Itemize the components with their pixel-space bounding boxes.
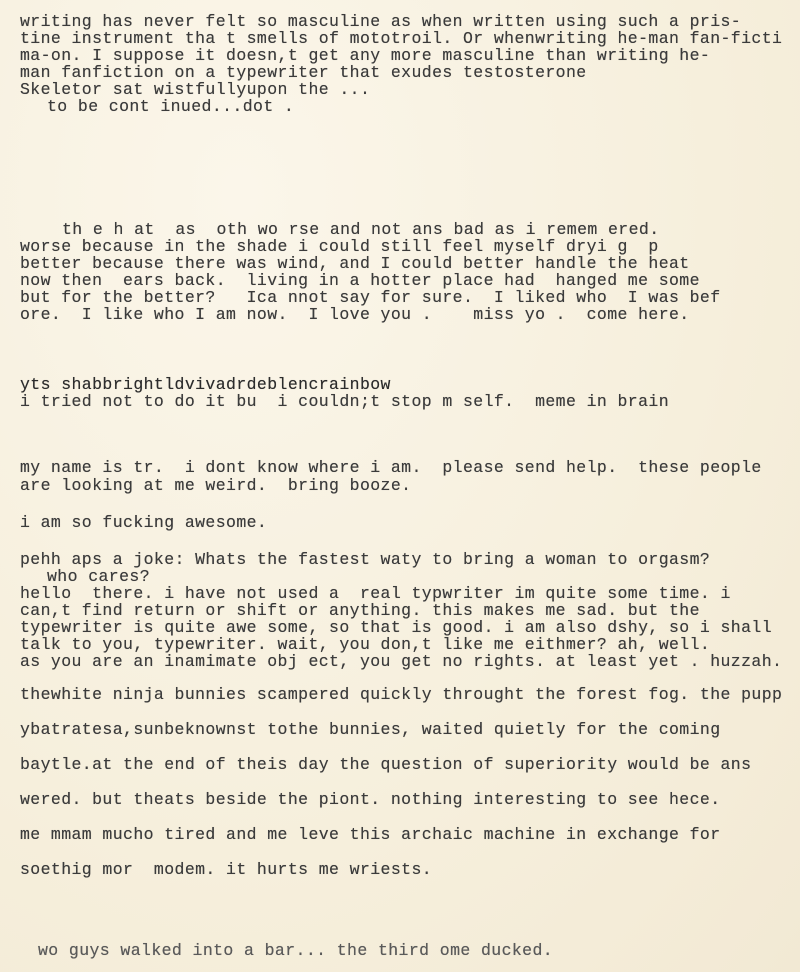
- text-line: ybatratesa,sunbeknownst tothe bunnies, w…: [20, 721, 721, 739]
- text-line: ore. I like who I am now. I love you . m…: [20, 306, 690, 324]
- typewritten-page: writing has never felt so masculine as w…: [0, 0, 800, 972]
- text-line: soethig mor modem. it hurts me wriests.: [20, 861, 432, 879]
- text-line: me mmam mucho tired and me leve this arc…: [20, 826, 721, 844]
- text-line: are looking at me weird. bring booze.: [20, 477, 411, 495]
- text-line: i tried not to do it bu i couldn;t stop …: [20, 393, 669, 411]
- text-line: i am so fucking awesome.: [20, 514, 267, 532]
- text-line: thewhite ninja bunnies scampered quickly…: [20, 686, 782, 704]
- text-line: to be cont inued...dot .: [47, 98, 294, 116]
- text-line: wered. but theats beside the piont. noth…: [20, 791, 721, 809]
- text-line: as you are an inamimate obj ect, you get…: [20, 653, 782, 671]
- text-line: baytle.at the end of theis day the quest…: [20, 756, 751, 774]
- text-line: my name is tr. i dont know where i am. p…: [20, 459, 762, 477]
- text-line: wo guys walked into a bar... the third o…: [38, 942, 553, 960]
